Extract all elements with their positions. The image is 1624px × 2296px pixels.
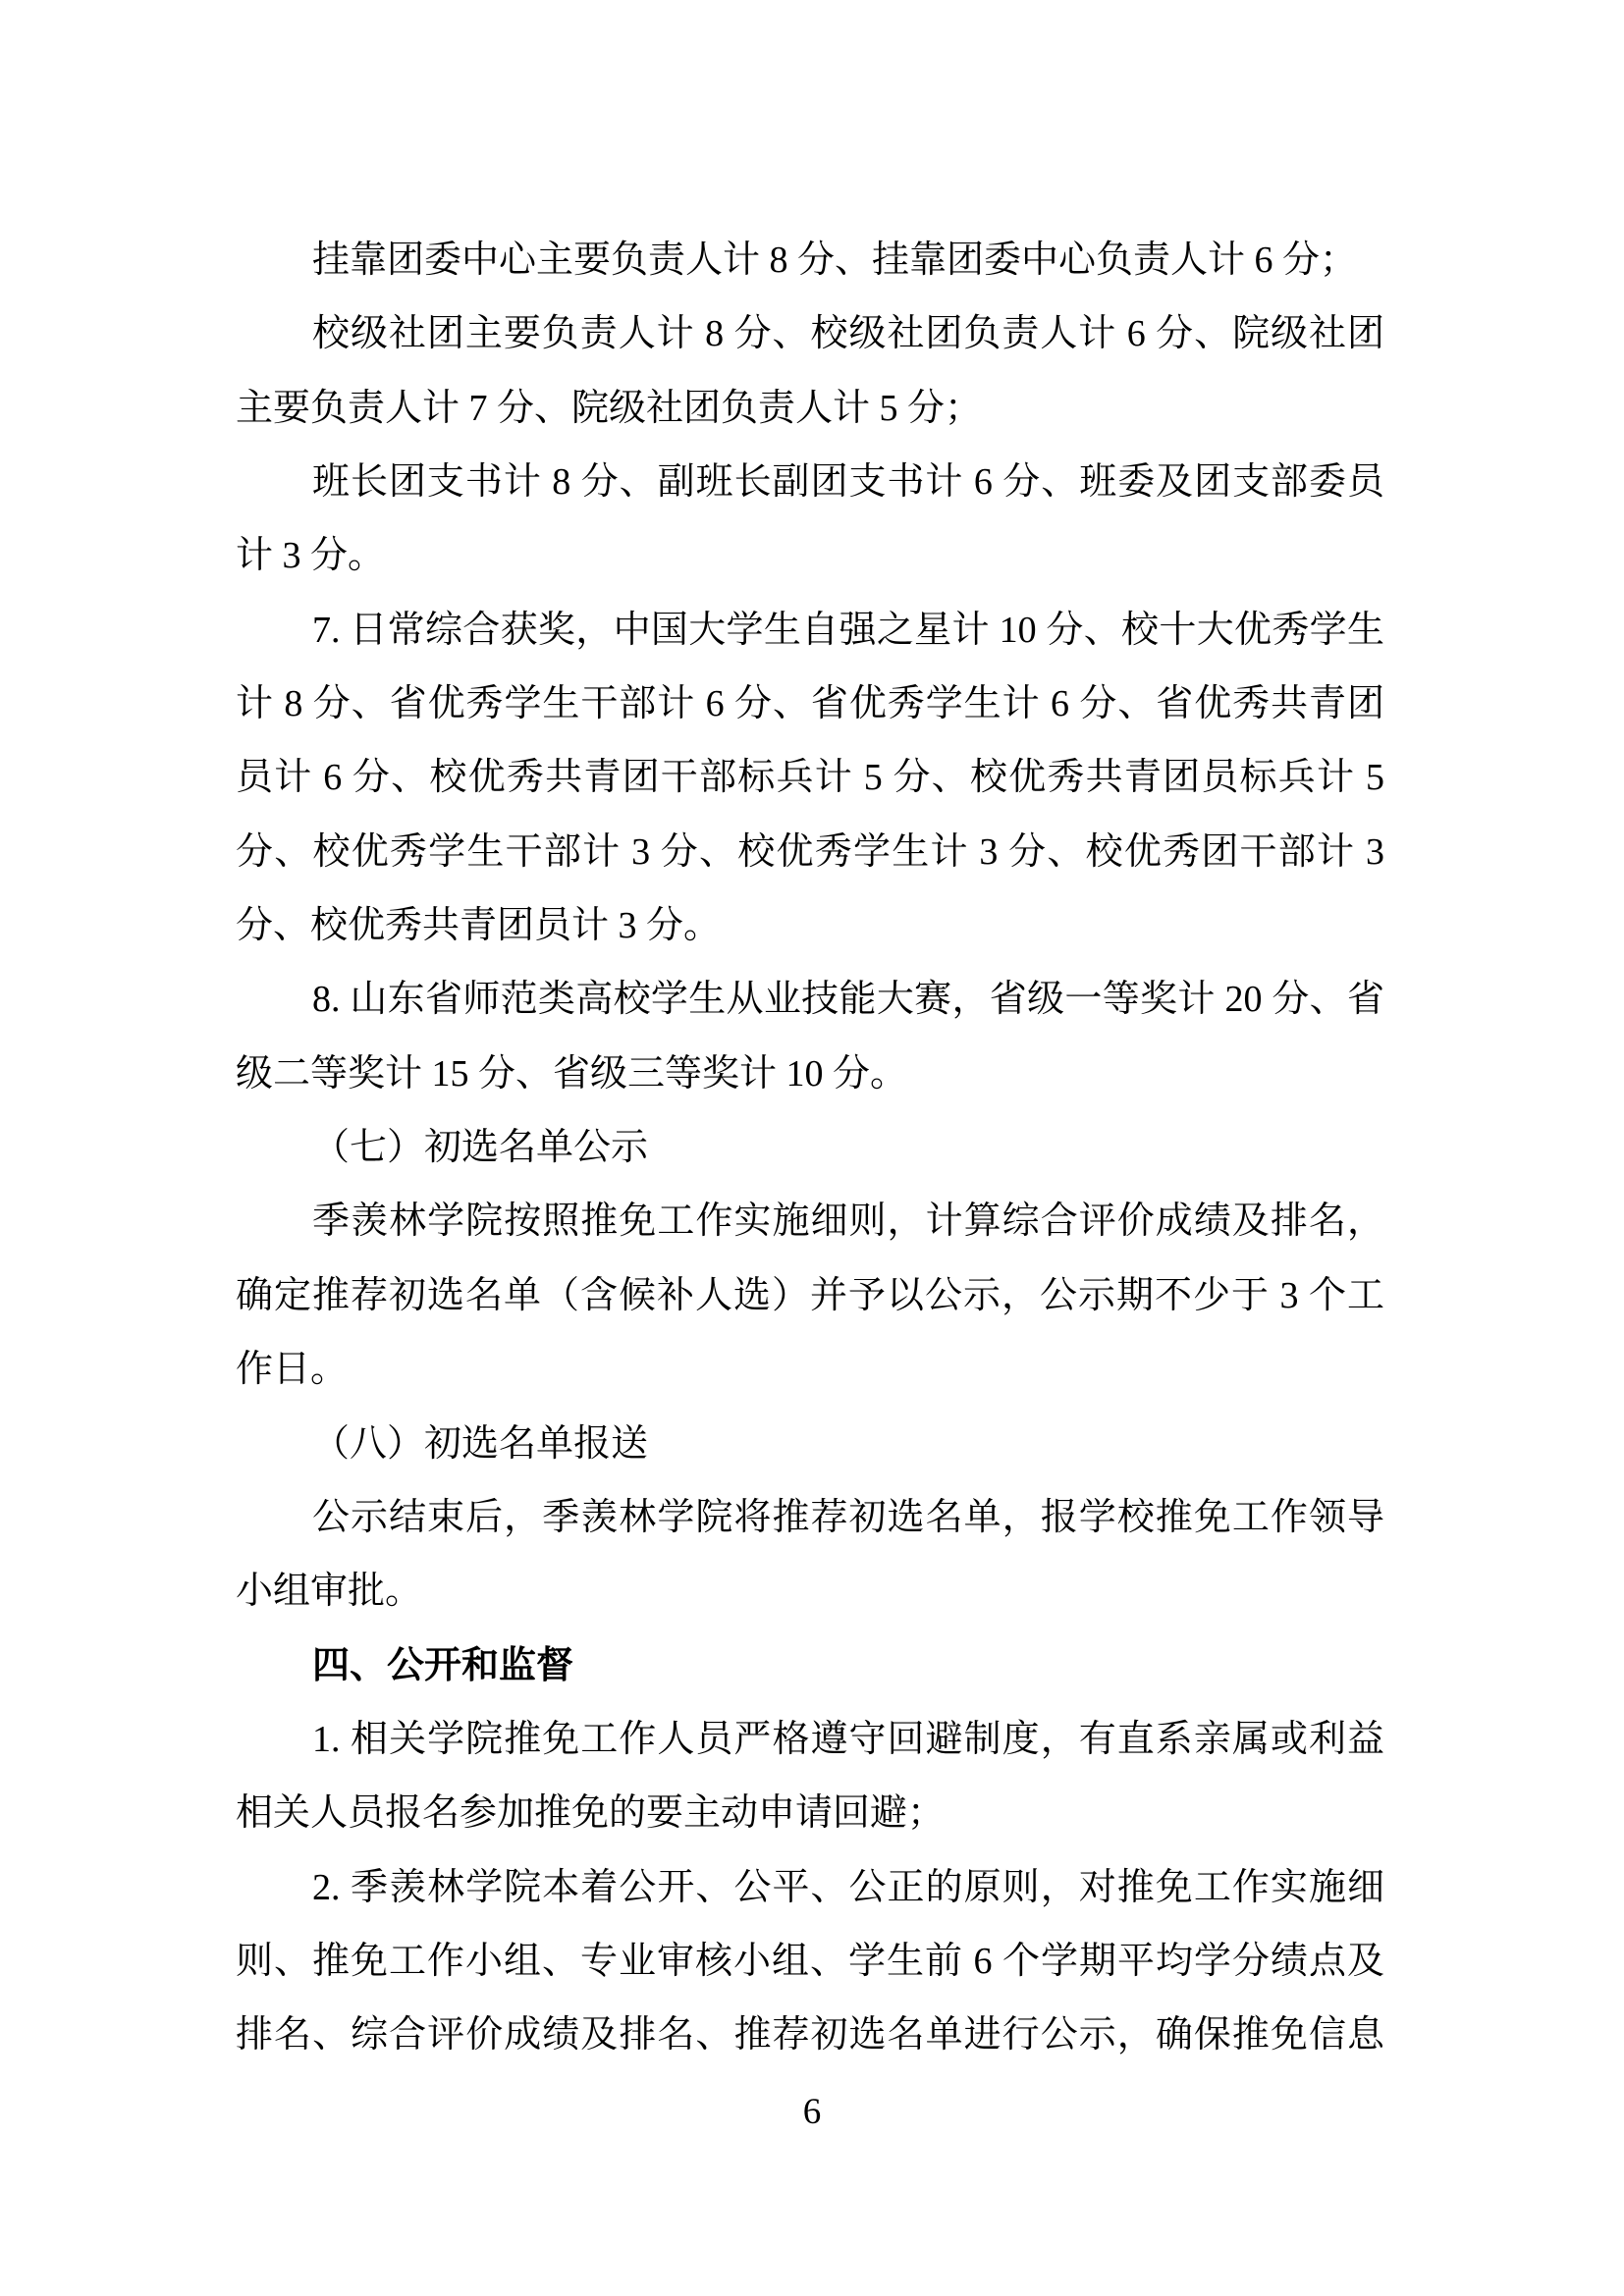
text-line: 班长团支书计 8 分、副班长副团支书计 6 分、班委及团支部委员 [236,446,1384,519]
subsection-heading-7: （七）初选名单公示 [236,1111,1384,1185]
document-page: 挂靠团委中心主要负责人计 8 分、挂靠团委中心负责人计 6 分； 校级社团主要负… [0,0,1624,2296]
page-number: 6 [0,2089,1624,2136]
text-line: 排名、综合评价成绩及排名、推荐初选名单进行公示，确保推免信息 [236,1999,1384,2072]
text-line: 季羡林学院按照推免工作实施细则，计算综合评价成绩及排名， [236,1185,1384,1258]
text-line-item-7: 7. 日常综合获奖，中国大学生自强之星计 10 分、校十大优秀学生 [236,594,1384,667]
text-line: 主要负责人计 7 分、院级社团负责人计 5 分； [236,372,1384,446]
text-line: 计 8 分、省优秀学生干部计 6 分、省优秀学生计 6 分、省优秀共青团 [236,667,1384,741]
section-heading-4: 四、公开和监督 [236,1629,1384,1703]
text-line: 分、校优秀共青团员计 3 分。 [236,889,1384,963]
text-line: 员计 6 分、校优秀共青团干部标兵计 5 分、校优秀共青团员标兵计 5 [236,741,1384,815]
text-line: 确定推荐初选名单（含候补人选）并予以公示，公示期不少于 3 个工 [236,1259,1384,1333]
text-line: 计 3 分。 [236,519,1384,593]
text-line: 级二等奖计 15 分、省级三等奖计 10 分。 [236,1038,1384,1111]
text-line-item-8: 8. 山东省师范类高校学生从业技能大赛，省级一等奖计 20 分、省 [236,963,1384,1037]
text-line: 校级社团主要负责人计 8 分、校级社团负责人计 6 分、院级社团 [236,297,1384,371]
text-line: 相关人员报名参加推免的要主动申请回避； [236,1777,1384,1850]
text-line: 分、校优秀学生干部计 3 分、校优秀学生计 3 分、校优秀团干部计 3 [236,816,1384,889]
text-line-item-2: 2. 季羡林学院本着公开、公平、公正的原则，对推免工作实施细 [236,1851,1384,1925]
text-block: 挂靠团委中心主要负责人计 8 分、挂靠团委中心负责人计 6 分； 校级社团主要负… [236,224,1384,2073]
text-line: 挂靠团委中心主要负责人计 8 分、挂靠团委中心负责人计 6 分； [236,224,1384,297]
text-line: 小组审批。 [236,1555,1384,1629]
text-line: 作日。 [236,1333,1384,1407]
subsection-heading-8: （八）初选名单报送 [236,1408,1384,1481]
text-line: 公示结束后，季羡林学院将推荐初选名单，报学校推免工作领导 [236,1481,1384,1555]
text-line-item-1: 1. 相关学院推免工作人员严格遵守回避制度，有直系亲属或利益 [236,1703,1384,1777]
text-line: 则、推免工作小组、专业审核小组、学生前 6 个学期平均学分绩点及 [236,1925,1384,1999]
